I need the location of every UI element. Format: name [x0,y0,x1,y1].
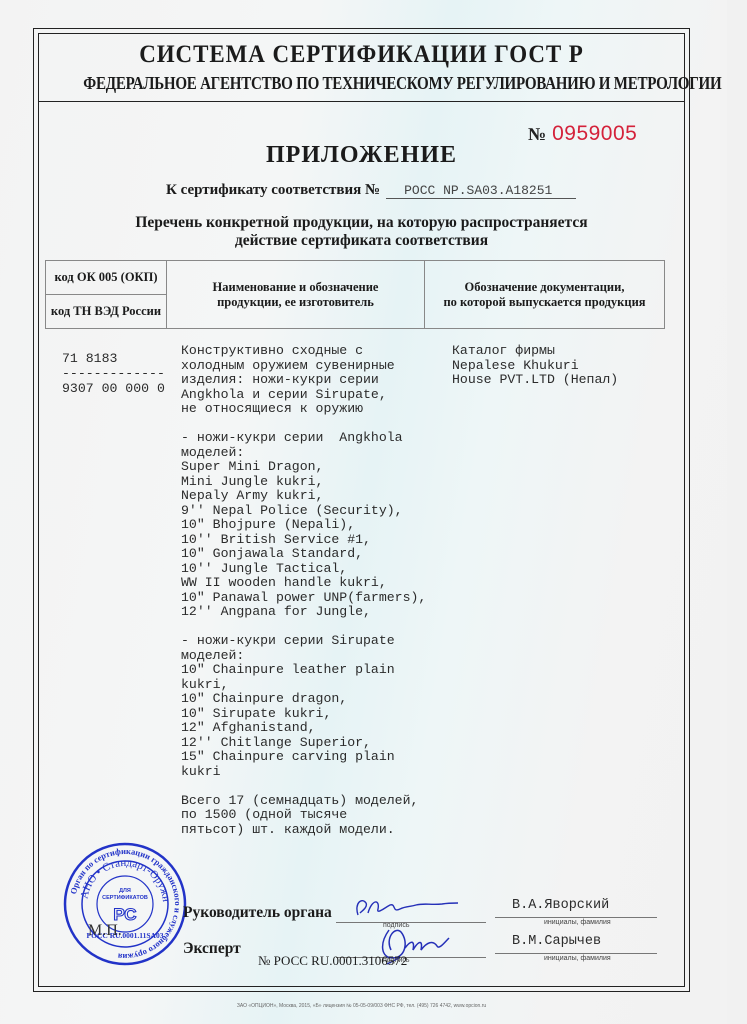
head-name-caption: инициалы, фамилия [544,919,611,926]
table-header: код ОК 005 (ОКП) Наименование и обозначе… [45,260,665,329]
page-title: ПРИЛОЖЕНИЕ [38,142,685,169]
model-item: kukri [181,765,426,780]
model-item: Super Mini Dragon, [181,460,426,475]
printer-footer: ЗАО «ОПЦИОН», Москва, 2015, «Б» лицензия… [38,1003,685,1009]
expert-name-line [495,953,657,954]
series-heading: - ножи-кукри серии Angkhola [181,431,426,446]
certification-stamp: Орган по сертификации гражданского и слу… [63,842,187,966]
header-divider [38,101,685,102]
description-line: Angkhola и серии Sirupate, [181,388,426,403]
expert-name-caption: инициалы, фамилия [544,955,611,962]
header-product-name-line1: Наименование и обозначение [168,280,423,295]
model-item: 10" Panawal power UNP(farmers), [181,591,426,606]
model-item: 12'' Chitlange Superior, [181,736,426,751]
description-line: не относящиеся к оружию [181,402,426,417]
certificate-page: СИСТЕМА СЕРТИФИКАЦИИ ГОСТ Р ФЕДЕРАЛЬНОЕ … [0,0,727,1024]
expert-registration: № РОСС RU.0001.3106572 [258,953,407,969]
model-item: 12" Afghanistand, [181,721,426,736]
documentation-line: Nepalese Khukuri [452,359,618,374]
model-item: 10" Gonjawala Standard, [181,547,426,562]
model-item: 10" Chainpure dragon, [181,692,426,707]
certificate-number: РОСС NP.SA03.A18251 [386,183,576,199]
certificate-label: К сертификату соответствия № [166,182,380,198]
series-heading: моделей: [181,649,426,664]
product-description: Конструктивно сходные схолодным оружием … [181,344,426,417]
documentation-line: House PVT.LTD (Непал) [452,373,618,388]
system-title: СИСТЕМА СЕРТИФИКАЦИИ ГОСТ Р [64,41,659,69]
model-item: 15" Chainpure carving plain [181,750,426,765]
description-line: изделия: ножи-кукри серии [181,373,426,388]
header-product-name: Наименование и обозначение продукции, ее… [167,261,425,329]
series-heading: моделей: [181,446,426,461]
model-item: 10" Bhojpure (Nepali), [181,518,426,533]
model-item: 10" Chainpure leather plain [181,663,426,678]
series-sirupate: - ножи-кукри серии Sirupateмоделей:10" C… [181,634,426,779]
documentation-line: Каталог фирмы [452,344,618,359]
model-item: 10'' British Service #1, [181,533,426,548]
model-item: WW II wooden handle kukri, [181,576,426,591]
model-item: 12'' Angpana for Jungle, [181,605,426,620]
expert-label: Эксперт [183,940,241,958]
model-item: 10'' Jungle Tactical, [181,562,426,577]
series-heading: - ножи-кукри серии Sirupate [181,634,426,649]
series-angkhola: - ножи-кукри серии Angkholaмоделей:Super… [181,431,426,620]
expert-name: В.М.Сарычев [512,935,601,950]
model-item: 9'' Nepal Police (Security), [181,504,426,519]
svg-text:СЕРТИФИКАТОВ: СЕРТИФИКАТОВ [102,895,148,901]
svg-text:ДЛЯ: ДЛЯ [119,888,131,894]
stamp-place-mark: М.П. [88,922,122,940]
header-product-name-line2: продукции, ее изготовитель [168,295,423,310]
model-item: 10" Sirupate kukri, [181,707,426,722]
description-line: холодным оружием сувенирные [181,359,426,374]
header-code-okp: код ОК 005 (ОКП) [46,261,167,295]
model-item: kukri, [181,678,426,693]
total-line: пятьсот) шт. каждой модели. [181,823,426,838]
list-heading: Перечень конкретной продукции, на котору… [38,214,685,250]
certificate-reference: К сертификату соответствия №РОСС NP.SA03… [166,182,576,199]
header-documentation: Обозначение документации, по которой вып… [425,261,665,329]
header-documentation-line2: по которой выпускается продукция [426,295,663,310]
model-item: Nepaly Army kukri, [181,489,426,504]
head-name: В.А.Яворский [512,899,609,914]
list-heading-line1: Перечень конкретной продукции, на котору… [38,214,685,232]
product-total: Всего 17 (семнадцать) моделей,по 1500 (о… [181,794,426,838]
header-code-tnved: код ТН ВЭД России [46,295,167,329]
total-line: Всего 17 (семнадцать) моделей, [181,794,426,809]
number-symbol: № [528,124,546,144]
documentation-column: Каталог фирмыNepalese KhukuriHouse PVT.L… [452,344,618,388]
code-separator: ------------- [62,367,165,382]
header-documentation-line1: Обозначение документации, [426,280,663,295]
code-okp: 71 8183 [62,352,117,367]
total-line: по 1500 (одной тысяче [181,808,426,823]
agency-title: ФЕДЕРАЛЬНОЕ АГЕНТСТВО ПО ТЕХНИЧЕСКОМУ РЕ… [83,73,639,94]
model-item: Mini Jungle kukri, [181,475,426,490]
code-tnved: 9307 00 000 0 [62,382,165,397]
description-line: Конструктивно сходные с [181,344,426,359]
head-name-line [495,917,657,918]
list-heading-line2: действие сертификата соответствия [38,232,685,250]
product-column: Конструктивно сходные схолодным оружием … [181,344,426,837]
head-label: Руководитель органа [183,904,332,922]
